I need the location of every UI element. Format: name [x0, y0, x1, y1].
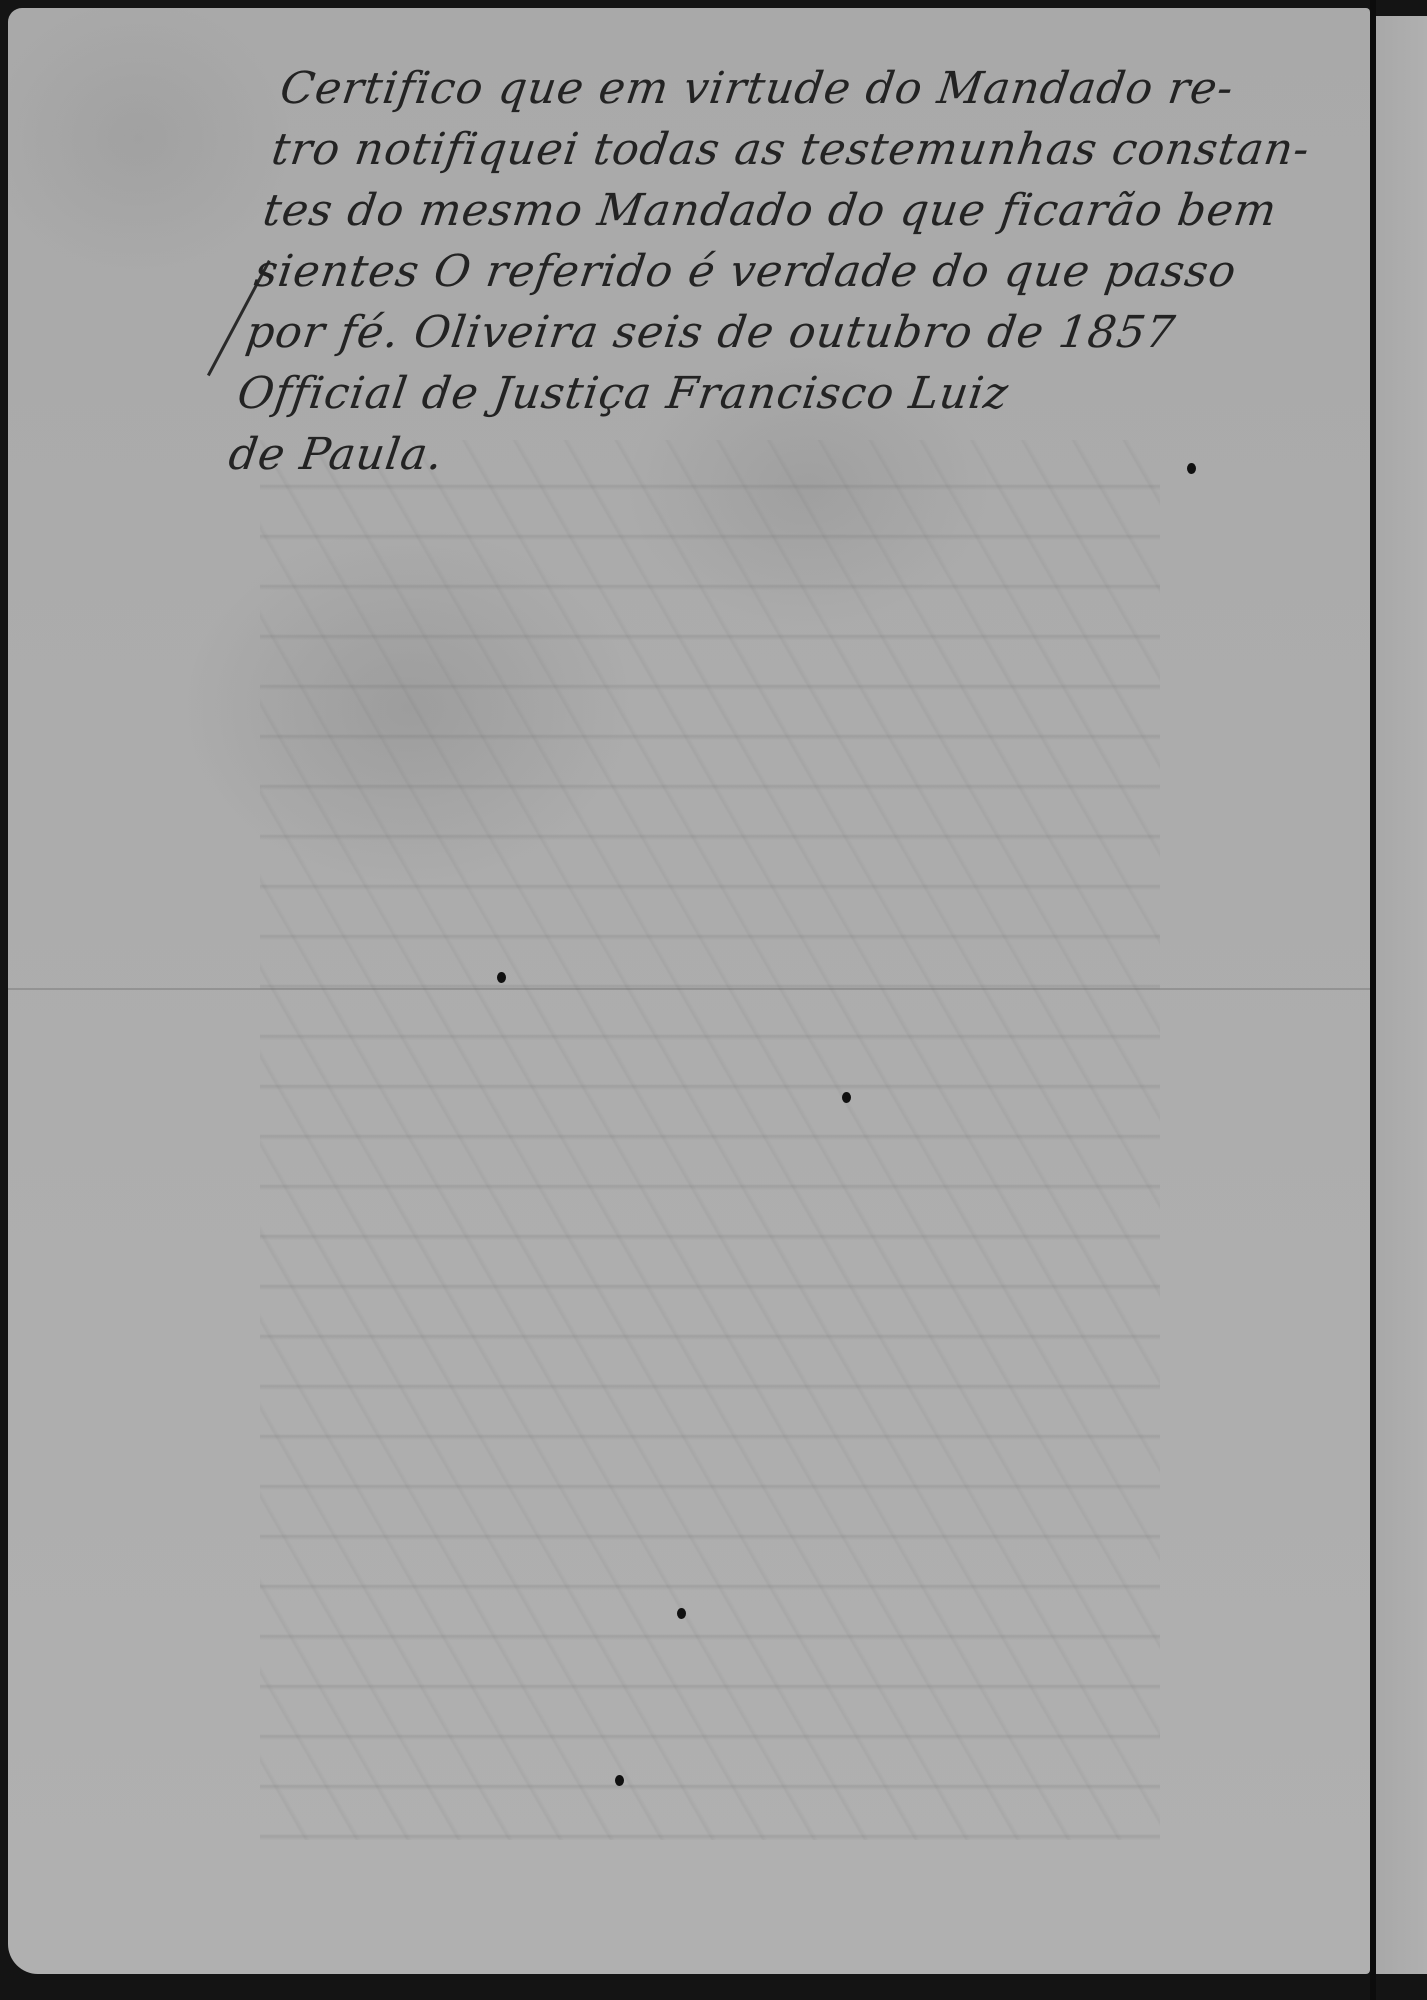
adjacent-page-edge	[1376, 16, 1427, 1974]
text-line-4: sientes O referido é verdade do que pass…	[251, 241, 1160, 302]
ink-dot	[1187, 463, 1196, 474]
ink-dot	[842, 1092, 851, 1103]
text-line-1: Certifico que em virtude do Mandado re-	[276, 58, 1185, 119]
scanned-document: Certifico que em virtude do Mandado re- …	[0, 0, 1427, 2000]
ink-dot	[497, 972, 506, 983]
text-line-5-date: por fé. Oliveira seis de outubro de 1857	[242, 302, 1151, 363]
text-line-3: tes do mesmo Mandado do que ficarão bem	[259, 180, 1168, 241]
text-line-2: tro notifiquei todas as testemunhas cons…	[268, 119, 1177, 180]
text-line-7-signature: de Paula.	[225, 424, 1134, 485]
paper-fold-line	[8, 988, 1370, 990]
ink-dot	[677, 1608, 686, 1619]
text-line-6-signature: Official de Justiça Francisco Luiz	[234, 363, 1143, 424]
bleed-through-text	[260, 440, 1160, 1840]
ink-dot	[615, 1775, 624, 1786]
handwritten-certificate: Certifico que em virtude do Mandado re- …	[225, 58, 1185, 485]
